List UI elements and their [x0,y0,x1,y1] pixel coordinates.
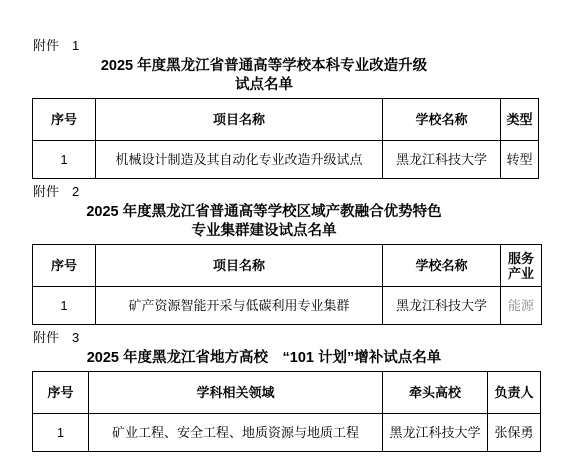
cell-seq: 1 [33,287,96,325]
attachment-section-3: 附件 3 2025 年度黑龙江省地方高校 “101 计划”增补试点名单 序号 学… [0,330,567,452]
header-row: 序号 学科相关领域 牵头高校 负责人 [33,372,541,414]
col-header-discipline-field: 学科相关领域 [89,372,383,414]
col-header-type: 类型 [501,99,539,141]
col-header-project-name: 项目名称 [96,99,383,141]
cell-project-name: 机械设计制造及其自动化专业改造升级试点 [96,141,383,179]
title-line: 2025 年度黑龙江省普通高等学校本科专业改造升级 [24,57,504,76]
attachment-label: 附件 1 [33,38,567,53]
document-page: 附件 1 2025 年度黑龙江省普通高等学校本科专业改造升级 试点名单 序号 项… [0,0,567,464]
cell-seq: 1 [33,141,96,179]
plan-101-supplement-table: 序号 学科相关领域 牵头高校 负责人 1 矿业工程、安全工程、地质资源与地质工程… [32,371,541,452]
title-line: 2025 年度黑龙江省地方高校 “101 计划”增补试点名单 [24,349,504,368]
title-line: 2025 年度黑龙江省普通高等学校区域产教融合优势特色 [24,203,504,222]
cell-type: 转型 [501,141,539,179]
cell-person-in-charge: 张保勇 [488,414,541,452]
table-row: 1 矿产资源智能开采与低碳利用专业集群 黑龙江科技大学 能源 [33,287,542,325]
col-header-seq: 序号 [33,99,96,141]
cell-school-name: 黑龙江科技大学 [383,141,501,179]
attachment-title: 2025 年度黑龙江省普通高等学校本科专业改造升级 试点名单 [24,57,504,95]
cell-lead-university: 黑龙江科技大学 [383,414,488,452]
col-header-school-name: 学校名称 [383,99,501,141]
header-row: 序号 项目名称 学校名称 服务 产业 [33,245,542,287]
attachment-section-2: 附件 2 2025 年度黑龙江省普通高等学校区域产教融合优势特色 专业集群建设试… [0,184,567,325]
col-header-seq: 序号 [33,372,89,414]
col-header-seq: 序号 [33,245,96,287]
col-header-school-name: 学校名称 [383,245,501,287]
cell-service-industry: 能源 [501,287,542,325]
cell-discipline-field: 矿业工程、安全工程、地质资源与地质工程 [89,414,383,452]
col-header-project-name: 项目名称 [96,245,383,287]
attachment-title: 2025 年度黑龙江省普通高等学校区域产教融合优势特色 专业集群建设试点名单 [24,203,504,241]
cell-seq: 1 [33,414,89,452]
col-header-person-in-charge: 负责人 [488,372,541,414]
cell-project-name: 矿产资源智能开采与低碳利用专业集群 [96,287,383,325]
table-row: 1 机械设计制造及其自动化专业改造升级试点 黑龙江科技大学 转型 [33,141,539,179]
title-line: 试点名单 [24,76,504,95]
header-row: 序号 项目名称 学校名称 类型 [33,99,539,141]
table-row: 1 矿业工程、安全工程、地质资源与地质工程 黑龙江科技大学 张保勇 [33,414,541,452]
attachment-label: 附件 2 [33,184,567,199]
cell-school-name: 黑龙江科技大学 [383,287,501,325]
attachment-label: 附件 3 [33,330,567,345]
attachment-section-1: 附件 1 2025 年度黑龙江省普通高等学校本科专业改造升级 试点名单 序号 项… [0,38,567,179]
attachment-title: 2025 年度黑龙江省地方高校 “101 计划”增补试点名单 [24,349,504,368]
upgrade-pilot-table: 序号 项目名称 学校名称 类型 1 机械设计制造及其自动化专业改造升级试点 黑龙… [32,98,539,179]
col-header-lead-university: 牵头高校 [383,372,488,414]
title-line: 专业集群建设试点名单 [24,222,504,241]
col-header-service-industry: 服务 产业 [501,245,542,287]
cluster-pilot-table: 序号 项目名称 学校名称 服务 产业 1 矿产资源智能开采与低碳利用专业集群 黑… [32,244,542,325]
